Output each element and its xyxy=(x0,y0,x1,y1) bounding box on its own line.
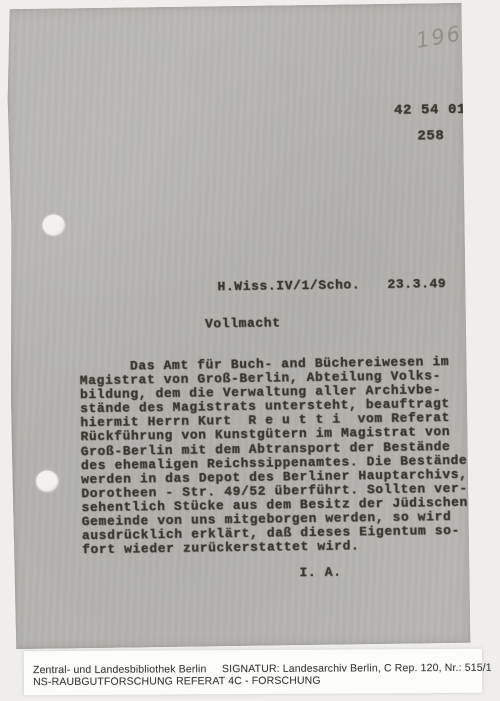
reference-number: H.Wiss.IV/1/Scho. xyxy=(217,278,360,294)
library-name: Zentral- und Landesbibliothek Berlin xyxy=(33,664,207,676)
archive-stamp-line1: 42 54 01 xyxy=(394,103,466,118)
letter-body: Das Amt für Buch- and Büchereiwesen im M… xyxy=(79,355,468,558)
document-title: Vollmacht xyxy=(205,316,281,331)
handwritten-page-number: 196 xyxy=(414,21,464,52)
archive-signature: SIGNATUR: Landesarchiv Berlin, C Rep. 12… xyxy=(222,663,492,675)
document-date: 23.3.49 xyxy=(387,277,446,292)
archive-stamp-line2: 258 xyxy=(417,129,444,143)
hole-punch-top xyxy=(42,214,64,235)
signature-im-auftrag: I. A. xyxy=(299,566,341,581)
scanned-letter-page: 196 42 54 01 258 H.Wiss.IV/1/Scho. 23.3.… xyxy=(6,3,471,649)
provenance-caption-bar: Zentral- und Landesbibliothek Berlin SIG… xyxy=(24,649,482,695)
hole-punch-bottom xyxy=(36,471,58,492)
research-project-label: NS-RAUBGUTFORSCHUNG REFERAT 4C - FORSCHU… xyxy=(33,676,321,689)
